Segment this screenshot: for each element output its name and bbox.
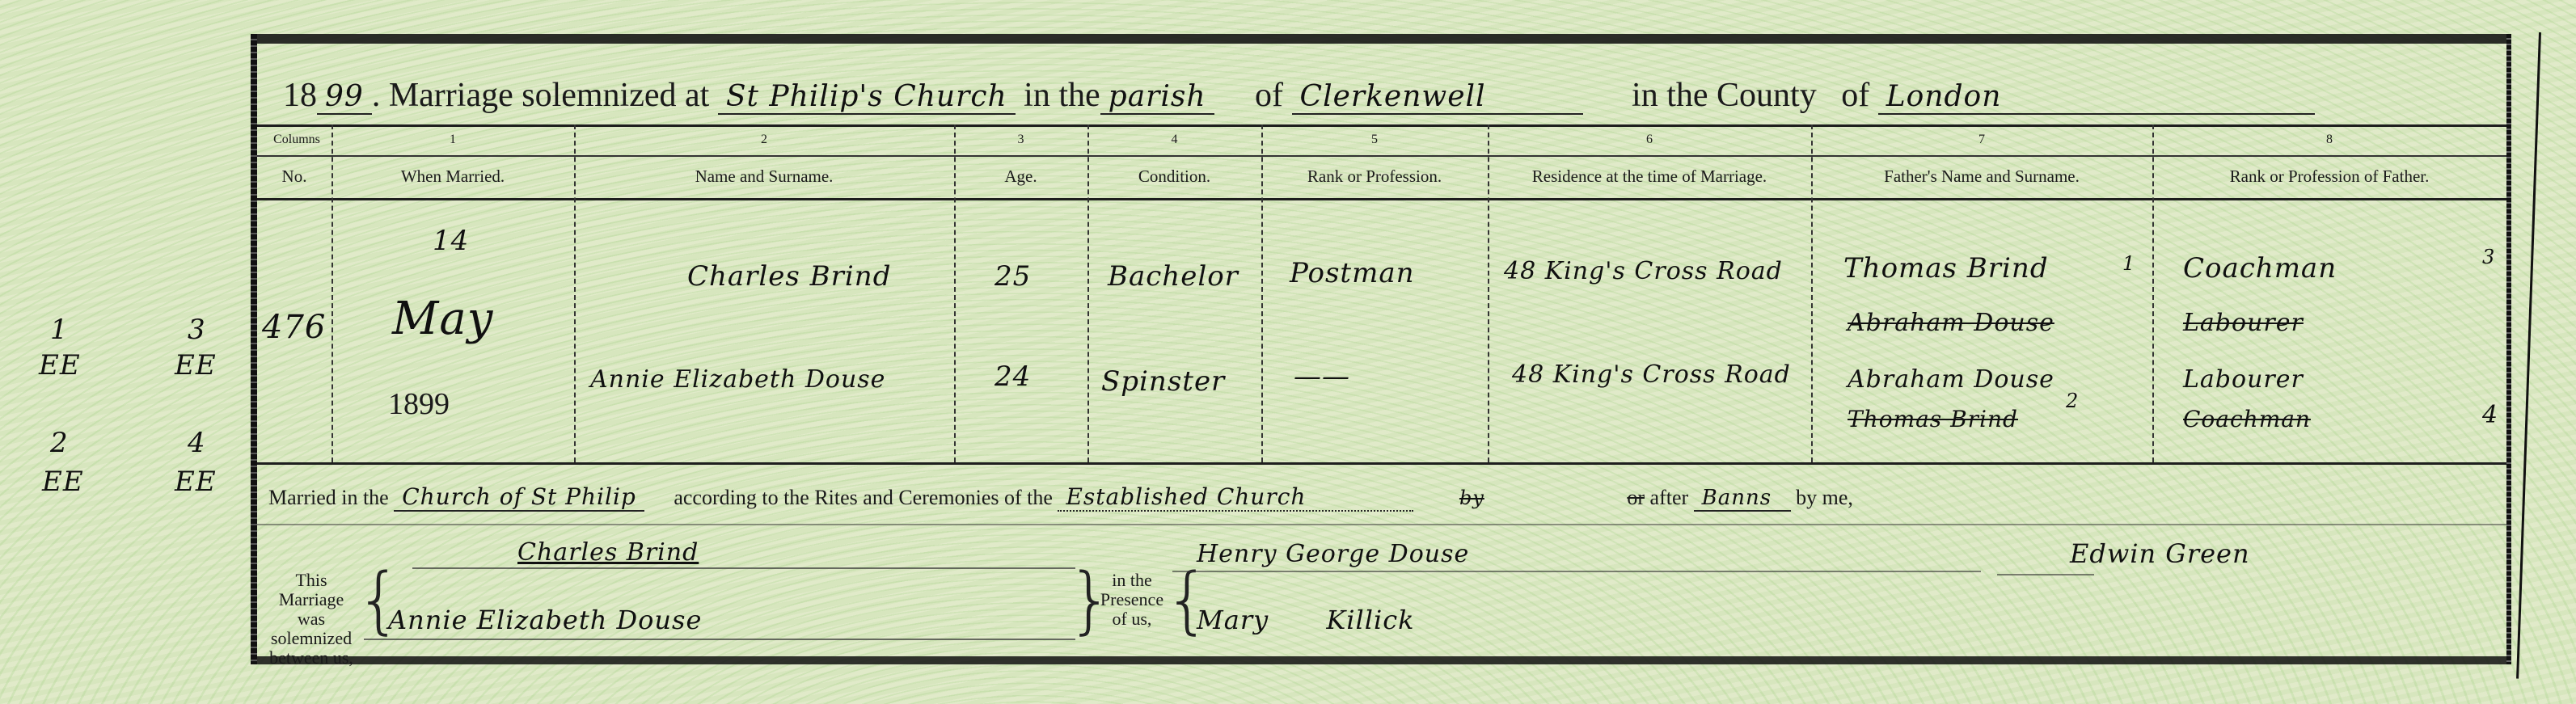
struck-by: by: [1459, 487, 1484, 509]
header-father-rank: Rank or Profession of Father.: [2152, 167, 2506, 187]
between-us-label: This Marriage was solemnized between us,: [267, 571, 356, 668]
bride-condition: Spinster: [1101, 365, 1225, 398]
margin-note: 2: [50, 427, 69, 459]
label-line: Presence: [1092, 590, 1172, 609]
margin-note: EE: [39, 349, 81, 382]
certificate-heading: 1899. Marriage solemnized at St Philip's…: [283, 76, 2315, 115]
rule: [257, 524, 2506, 525]
groom-name: Charles Brind: [687, 260, 891, 293]
rule: [257, 462, 2506, 465]
certificate-frame: 1899. Marriage solemnized at St Philip's…: [251, 34, 2511, 664]
place-field: St Philip's Church: [718, 80, 1016, 115]
groom-profession: Postman: [1290, 257, 1415, 289]
date-year: 1899: [388, 386, 450, 422]
frame-bottom-border: [251, 656, 2511, 664]
year-suffix: 99: [317, 80, 372, 115]
fold-line: [2516, 32, 2541, 679]
reference-mark: 3: [2482, 246, 2495, 268]
county-field: London: [1878, 80, 2315, 115]
label-line: in the: [1092, 571, 1172, 590]
groom-father-name: Thomas Brind: [1843, 252, 2049, 285]
ceremony-line: Married in the Church of St Philip accor…: [268, 483, 1853, 512]
church-field: Church of St Philip: [394, 483, 644, 512]
struck-father-profession: Labourer: [2183, 309, 2304, 337]
struck-or: or: [1627, 486, 1645, 509]
margin-note: EE: [42, 466, 84, 498]
struck-father-profession: Coachman: [2183, 406, 2311, 432]
header-when-married: When Married.: [332, 167, 574, 187]
reference-mark: 4: [2482, 401, 2498, 429]
struck-father-name: Thomas Brind: [1848, 406, 2018, 432]
bride-name: Annie Elizabeth Douse: [590, 365, 885, 394]
column-number: 3: [954, 133, 1087, 147]
header-name: Name and Surname.: [574, 167, 954, 187]
column-number: 8: [2152, 133, 2506, 147]
groom-father-profession: Coachman: [2183, 252, 2337, 285]
rule: [257, 124, 2506, 127]
signature-line: [412, 567, 1075, 569]
district-type-field: parish: [1100, 80, 1214, 115]
witness-2-signature: Mary Killick: [1197, 605, 1415, 635]
header-residence: Residence at the time of Marriage.: [1488, 167, 1811, 187]
officiant-signature: Edwin Green: [2070, 538, 2250, 569]
bride-residence: 48 King's Cross Road: [1512, 360, 1791, 389]
bride-age: 24: [995, 360, 1031, 393]
column-number: 2: [574, 133, 954, 147]
groom-condition: Bachelor: [1108, 260, 1239, 293]
column-number: 1: [332, 133, 574, 147]
date-month: May: [392, 293, 493, 345]
bride-father-profession: Labourer: [2183, 365, 2304, 394]
columns-label: Columns: [262, 133, 332, 147]
groom-signature: Charles Brind: [517, 538, 699, 567]
rule: [257, 198, 2506, 200]
denomination-field: Established Church: [1058, 483, 1413, 512]
district-field: Clerkenwell: [1292, 80, 1583, 115]
by-me-label: by me,: [1796, 486, 1853, 509]
presence-label: in the Presence of us,: [1092, 571, 1172, 629]
after-label: after: [1650, 486, 1689, 509]
county-of-label: of: [1841, 77, 1869, 114]
margin-note: 4: [188, 427, 206, 459]
margin-note: 1: [50, 314, 69, 346]
header-condition: Condition.: [1087, 167, 1261, 187]
married-in-label: Married in the: [268, 486, 389, 509]
of-label: of: [1255, 77, 1283, 114]
groom-residence: 48 King's Cross Road: [1504, 257, 1783, 285]
in-the-label: in the: [1024, 77, 1100, 114]
signature-line: [1997, 574, 2094, 575]
solemnized-label: Marriage solemnized at: [389, 77, 710, 114]
signature-line: [364, 639, 1075, 640]
column-number: 5: [1261, 133, 1488, 147]
margin-note: EE: [175, 349, 217, 382]
bride-father-name: Abraham Douse: [1848, 365, 2054, 394]
struck-father-name: Abraham Douse: [1848, 309, 2054, 337]
label-line: This Marriage: [267, 571, 356, 609]
header-no: No.: [257, 167, 332, 187]
county-label: in the County: [1632, 77, 1817, 114]
frame-top-border: [251, 34, 2511, 44]
entry-number: 476: [262, 309, 326, 346]
column-number: 6: [1488, 133, 1811, 147]
bride-profession: ——: [1294, 360, 1350, 393]
groom-age: 25: [995, 260, 1031, 293]
label-line: between us,: [267, 648, 356, 668]
header-rank: Rank or Profession.: [1261, 167, 1488, 187]
year-prefix: 18: [283, 77, 317, 114]
frame-right-border: [2506, 34, 2511, 664]
after-field: Banns: [1694, 486, 1791, 512]
bride-signature: Annie Elizabeth Douse: [388, 605, 702, 635]
margin-note: 3: [188, 314, 206, 346]
margin-note: EE: [175, 466, 217, 498]
label-line: was solemnized: [267, 609, 356, 648]
reference-mark: 2: [2066, 390, 2079, 412]
header-father-name: Father's Name and Surname.: [1811, 167, 2152, 187]
date-day: 14: [433, 225, 469, 257]
header-age: Age.: [954, 167, 1087, 187]
rule: [257, 155, 2506, 157]
signature-line: [1172, 571, 1981, 572]
frame-left-border: [251, 34, 257, 664]
witness-1-signature: Henry George Douse: [1197, 540, 1469, 568]
column-number: 4: [1087, 133, 1261, 147]
label-line: of us,: [1092, 609, 1172, 629]
rites-label: according to the Rites and Ceremonies of…: [674, 486, 1053, 509]
reference-mark: 1: [2122, 252, 2135, 275]
column-number: 7: [1811, 133, 2152, 147]
